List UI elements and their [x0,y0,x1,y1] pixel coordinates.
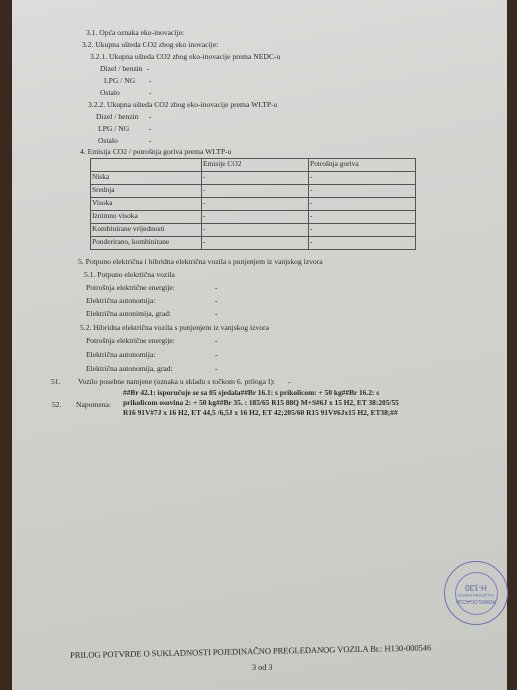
row-label: Iznimno visoka [91,211,202,224]
nedc-label: Ostalo [100,88,120,97]
table-row: Ponderirano, kombinirane - - [91,237,416,250]
nedc-label: Dizel / benzin [100,64,143,73]
co2-value: - [202,185,309,198]
stamp-code: H-130 [445,583,507,592]
wltp-label: Ostalo [98,136,118,145]
item-52-number: 52. [52,400,62,409]
row-label: Kombinirane vrijednosti [91,224,202,237]
nedc-value: - [147,64,150,73]
phev-label: Električna autonomija, grad: [86,364,173,373]
item-3-2-1: 3.2.1. Ukupna ušteda CO2 zbog eko-inovac… [90,52,280,61]
item-51-number: 51. [51,377,61,386]
item-3-1: 3.1. Opća oznaka eko-inovacije: [86,28,184,37]
fuel-value: - [309,224,416,237]
stamp-line: HOMOLOGACIJA [445,598,507,604]
stamp-line: OVLAŠTENO MJESTO [445,593,507,597]
table-header [91,159,202,172]
table-row: Iznimno visoka - - [91,211,416,224]
fuel-value: - [309,185,416,198]
ev-label: Potrošnja električne energije: [86,283,175,292]
co2-value: - [202,211,309,224]
section-5-title: 5. Potpuno električna i hibridna elektri… [78,257,323,266]
row-label: Niska [91,172,202,185]
row-label: Visoka [91,198,202,211]
table-header: Emisije CO2 [202,159,309,172]
fuel-value: - [309,237,416,250]
phev-label: Električna autonomija: [86,350,155,359]
item-3-2-2: 3.2.2. Ukupna ušteda CO2 zbog eko-inovac… [88,100,277,109]
wltp-value: - [149,136,152,145]
phev-value: - [215,350,218,359]
section-4-title: 4. Emisija CO2 / potrošnja goriva prema … [80,147,231,156]
co2-value: - [202,172,309,185]
item-3-2: 3.2. Ukupna ušteda CO2 zbog eko inovacij… [82,40,218,49]
wltp-label: Dizel / benzin [96,112,139,121]
remark-line: R16 91V#7J x 16 H2, ET 44,5 /6,5J x 16 H… [123,408,398,417]
item-51-value: - [288,377,291,386]
table-row: Kombinirane vrijednosti - - [91,224,416,237]
nedc-label: LPG / NG [104,76,135,85]
table-row: Visoka - - [91,198,416,211]
homologation-stamp: HOMOLOGACIJA OVLAŠTENO MJESTO H-130 [444,561,508,625]
phev-value: - [215,336,218,345]
remark-line: prikolicom osovina 2: + 50 kg##Br 35. : … [123,398,399,407]
table-header: Potrošnja goriva [309,159,416,172]
phev-value: - [215,364,218,373]
table-header-row: Emisije CO2 Potrošnja goriva [91,159,416,172]
document-page: 3.1. Opća oznaka eko-inovacije: 3.2. Uku… [12,0,507,690]
row-label: Srednja [91,185,202,198]
ev-label: Električna autonimija, grad: [86,309,171,318]
ev-value: - [215,296,218,305]
page-number: 3 od 3 [252,663,272,672]
table-row: Niska - - [91,172,416,185]
section-5-2-title: 5.2. Hibridna električna vozila s punjen… [80,323,269,332]
co2-value: - [202,198,309,211]
nedc-value: - [149,76,152,85]
ev-value: - [215,283,218,292]
co2-value: - [202,237,309,250]
section-5-1-title: 5.1. Potpuno elekrtična vozila [84,270,175,279]
item-51-text: Vozilo posebne namjene (oznaka u skladu … [78,377,275,386]
footer-title: PRILOG POTVRDE O SUKLADNOSTI POJEDINAČNO… [70,642,470,660]
table-row: Srednja - - [91,185,416,198]
co2-value: - [202,224,309,237]
remark-line: ##Br 42.1: isporučuje se sa 05 sjedala##… [123,388,379,397]
fuel-value: - [309,211,416,224]
phev-label: Potrošnja električne energije: [86,336,175,345]
fuel-value: - [309,172,416,185]
wltp-value: - [149,112,152,121]
wltp-value: - [149,124,152,133]
item-52-label: Napomena: [76,400,111,409]
ev-label: Električna autonomija: [86,296,155,305]
emissions-table: Emisije CO2 Potrošnja goriva Niska - - S… [90,158,416,250]
row-label: Ponderirano, kombinirane [91,237,202,250]
wltp-label: LPG / NG [98,124,129,133]
ev-value: - [215,309,218,318]
nedc-value: - [149,88,152,97]
fuel-value: - [309,198,416,211]
